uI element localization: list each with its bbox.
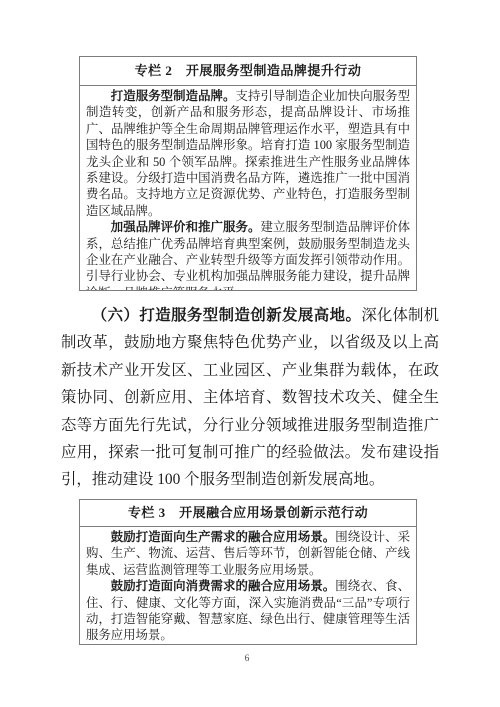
column-box-2-title: 专栏 2 开展服务型制造品牌提升行动 [80,57,416,86]
document-page: 专栏 2 开展服务型制造品牌提升行动 打造服务型制造品牌。支持引导制造企业加快向… [0,0,500,707]
section-6-paragraph: （六）打造服务型制造创新发展高地。深化体制机制改革，鼓励地方聚焦特色优势产业，以… [61,302,439,494]
box2-paragraph-2-lead: 加强品牌评价和推广服务。 [111,220,261,234]
section-6-text: 深化体制机制改革，鼓励地方聚焦特色优势产业，以省级及以上高新技术产业开发区、工业… [61,307,439,488]
column-box-3-title: 专栏 3 开展融合应用场景创新示范行动 [80,500,416,527]
box2-paragraph-1: 打造服务型制造品牌。支持引导制造企业加快向服务型制造转变，创新产品和服务形态，提… [86,88,410,219]
box3-paragraph-1: 鼓励打造面向生产需求的融合应用场景。围绕设计、采购、生产、物流、运营、售后等环节… [86,529,410,578]
column-box-2-body: 打造服务型制造品牌。支持引导制造企业加快向服务型制造转变，创新产品和服务形态，提… [80,86,416,291]
section-6-heading: （六）打造服务型制造创新发展高地。 [92,307,362,324]
box3-paragraph-1-lead: 鼓励打造面向生产需求的融合应用场景。 [111,530,335,544]
box2-paragraph-2: 加强品牌评价和推广服务。建立服务型制造品牌评价体系，总结推广优秀品牌培育典型案例… [86,219,410,291]
box2-paragraph-1-text: 支持引导制造企业加快向服务型制造转变，创新产品和服务形态，提高品牌设计、市场推广… [86,89,410,218]
column-box-3-body: 鼓励打造面向生产需求的融合应用场景。围绕设计、采购、生产、物流、运营、售后等环节… [80,527,416,644]
page-number: 6 [0,654,494,664]
box3-paragraph-2: 鼓励打造面向消费需求的融合应用场景。围绕衣、食、住、行、健康、文化等方面，深入实… [86,578,410,644]
box2-paragraph-1-lead: 打造服务型制造品牌。 [111,89,236,103]
column-box-2: 专栏 2 开展服务型制造品牌提升行动 打造服务型制造品牌。支持引导制造企业加快向… [79,56,417,291]
box3-paragraph-2-lead: 鼓励打造面向消费需求的融合应用场景。 [111,579,335,593]
column-box-3: 专栏 3 开展融合应用场景创新示范行动 鼓励打造面向生产需求的融合应用场景。围绕… [79,499,417,645]
